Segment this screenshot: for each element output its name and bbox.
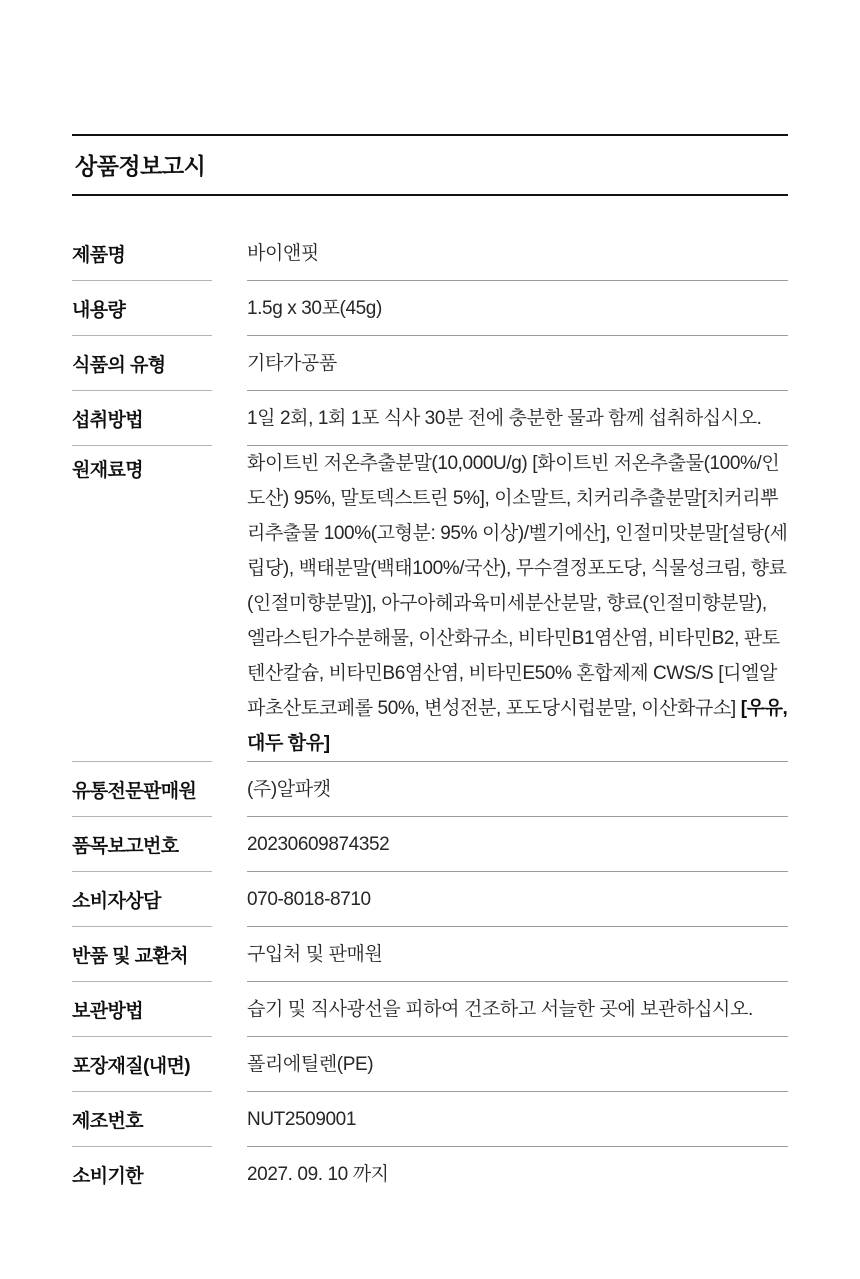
page-title: 상품정보고시 (75, 148, 785, 181)
table-row: 포장재질(내면) 폴리에틸렌(PE) (72, 1037, 788, 1092)
table-row: 제품명 바이앤핏 (72, 226, 788, 281)
row-value: (주)알파캣 (247, 762, 788, 817)
table-row: 제조번호 NUT2509001 (72, 1092, 788, 1147)
table-row: 원재료명 화이트빈 저온추출분말(10,000U/g) [화이트빈 저온추출물(… (72, 446, 788, 762)
row-label: 식품의 유형 (72, 336, 212, 391)
row-label: 소비기한 (72, 1147, 212, 1202)
product-info-page: 상품정보고시 제품명 바이앤핏 내용량 1.5g x 30포(45g) 식품의 … (0, 0, 860, 1279)
row-label: 제품명 (72, 226, 212, 281)
row-label: 품목보고번호 (72, 817, 212, 872)
row-value: 2027. 09. 10 까지 (247, 1147, 788, 1202)
row-label: 제조번호 (72, 1092, 212, 1147)
row-value: 구입처 및 판매원 (247, 927, 788, 982)
table-row: 소비기한 2027. 09. 10 까지 (72, 1147, 788, 1202)
table-row: 반품 및 교환처 구입처 및 판매원 (72, 927, 788, 982)
table-row: 내용량 1.5g x 30포(45g) (72, 281, 788, 336)
table-row: 섭취방법 1일 2회, 1회 1포 식사 30분 전에 충분한 물과 함께 섭취… (72, 391, 788, 446)
row-label: 원재료명 (72, 446, 212, 762)
row-value: 화이트빈 저온추출분말(10,000U/g) [화이트빈 저온추출물(100%/… (247, 446, 788, 762)
row-label: 내용량 (72, 281, 212, 336)
row-label: 보관방법 (72, 982, 212, 1037)
row-label: 유통전문판매원 (72, 762, 212, 817)
row-label: 포장재질(내면) (72, 1037, 212, 1092)
row-value: 1.5g x 30포(45g) (247, 281, 788, 336)
title-block: 상품정보고시 (72, 134, 788, 196)
row-value: NUT2509001 (247, 1092, 788, 1147)
ingredients-text: 화이트빈 저온추출분말(10,000U/g) [화이트빈 저온추출물(100%/… (247, 453, 788, 719)
row-value: 습기 및 직사광선을 피하여 건조하고 서늘한 곳에 보관하십시오. (247, 982, 788, 1037)
table-row: 식품의 유형 기타가공품 (72, 336, 788, 391)
table-row: 소비자상담 070-8018-8710 (72, 872, 788, 927)
row-label: 반품 및 교환처 (72, 927, 212, 982)
row-value: 070-8018-8710 (247, 872, 788, 927)
table-row: 유통전문판매원 (주)알파캣 (72, 762, 788, 817)
product-info-content: 상품정보고시 제품명 바이앤핏 내용량 1.5g x 30포(45g) 식품의 … (72, 0, 788, 1202)
row-value: 기타가공품 (247, 336, 788, 391)
row-value: 1일 2회, 1회 1포 식사 30분 전에 충분한 물과 함께 섭취하십시오. (247, 391, 788, 446)
table-row: 보관방법 습기 및 직사광선을 피하여 건조하고 서늘한 곳에 보관하십시오. (72, 982, 788, 1037)
row-label: 소비자상담 (72, 872, 212, 927)
row-value: 폴리에틸렌(PE) (247, 1037, 788, 1092)
row-value: 바이앤핏 (247, 226, 788, 281)
row-label: 섭취방법 (72, 391, 212, 446)
table-row: 품목보고번호 20230609874352 (72, 817, 788, 872)
row-value: 20230609874352 (247, 817, 788, 872)
info-table: 제품명 바이앤핏 내용량 1.5g x 30포(45g) 식품의 유형 기타가공… (72, 226, 788, 1202)
